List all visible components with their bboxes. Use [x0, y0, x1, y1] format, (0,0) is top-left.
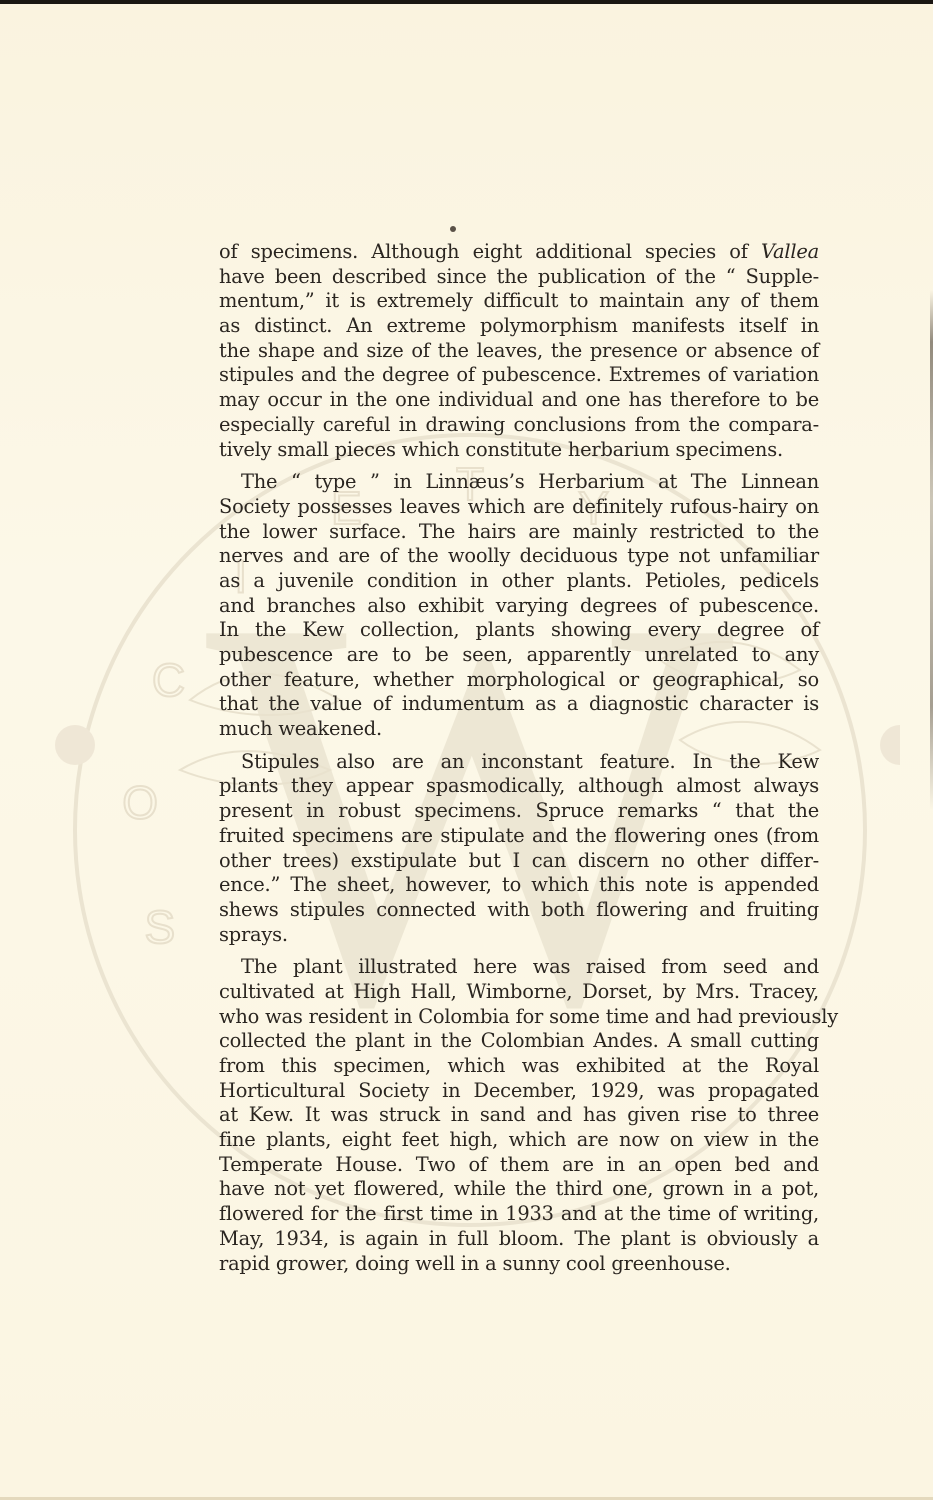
italic-text: Vallea: [761, 240, 819, 263]
text-run: In the Kew collection, plants showing ev…: [219, 618, 819, 641]
text-run: The “ type ” in Linnæus’s Herbarium at T…: [241, 470, 819, 493]
text-line: fine plants, eight feet high, which are …: [197, 1128, 819, 1153]
text-line: other trees) exstipulate but I can disce…: [197, 849, 819, 874]
text-run: sprays.: [219, 923, 288, 946]
text-run: have not yet flowered, while the third o…: [219, 1177, 819, 1200]
text-line: and branches also exhibit varying degree…: [197, 594, 819, 619]
paragraph: Stipules also are an inconstant feature.…: [197, 750, 819, 948]
text-line: much weakened.: [197, 717, 819, 742]
text-line: plants they appear spasmodically, althou…: [197, 774, 819, 799]
text-run: present in robust specimens. Spruce rema…: [219, 799, 819, 822]
text-line: other feature, whether morphological or …: [197, 668, 819, 693]
text-line: from this specimen, which was exhibited …: [197, 1054, 819, 1079]
text-line: as a juvenile condition in other plants.…: [197, 569, 819, 594]
text-run: tively small pieces which constitute her…: [219, 438, 783, 461]
text-run: and branches also exhibit varying degree…: [219, 594, 819, 617]
text-run: pubescence are to be seen, apparently un…: [219, 643, 819, 666]
text-line: that the value of indumentum as a diagno…: [197, 692, 819, 717]
text-run: The plant illustrated here was raised fr…: [241, 955, 819, 978]
text-line: cultivated at High Hall, Wimborne, Dorse…: [197, 980, 819, 1005]
text-run: Society possesses leaves which are defin…: [219, 495, 819, 518]
svg-text:O: O: [122, 777, 158, 829]
text-run: cultivated at High Hall, Wimborne, Dorse…: [219, 980, 819, 1003]
text-run: Stipules also are an inconstant feature.…: [241, 750, 819, 773]
text-line: of specimens. Although eight additional …: [197, 240, 819, 265]
text-run: other feature, whether morphological or …: [219, 668, 819, 691]
text-run: at Kew. It was struck in sand and has gi…: [219, 1103, 819, 1126]
text-line: Society possesses leaves which are defin…: [197, 495, 819, 520]
text-line: shews stipules connected with both flowe…: [197, 898, 819, 923]
text-line: sprays.: [197, 923, 819, 948]
text-run: as a juvenile condition in other plants.…: [219, 569, 819, 592]
text-run: ence.” The sheet, however, to which this…: [219, 873, 819, 896]
text-line: present in robust specimens. Spruce rema…: [197, 799, 819, 824]
text-line: tively small pieces which constitute her…: [197, 438, 819, 463]
text-line: stipules and the degree of pubescence. E…: [197, 363, 819, 388]
text-run: rapid grower, doing well in a sunny cool…: [219, 1252, 731, 1275]
text-line: pubescence are to be seen, apparently un…: [197, 643, 819, 668]
text-line: ence.” The sheet, however, to which this…: [197, 873, 819, 898]
text-line: the lower surface. The hairs are mainly …: [197, 520, 819, 545]
page-mark-dot: [450, 226, 456, 232]
text-run: fine plants, eight feet high, which are …: [219, 1128, 819, 1151]
text-line: nerves and are of the woolly deciduous t…: [197, 544, 819, 569]
text-line: rapid grower, doing well in a sunny cool…: [197, 1252, 819, 1277]
text-line: flowered for the first time in 1933 and …: [197, 1202, 819, 1227]
text-run: flowered for the first time in 1933 and …: [219, 1202, 819, 1225]
text-run: may occur in the one individual and one …: [219, 388, 819, 411]
text-line: fruited specimens are stipulate and the …: [197, 824, 819, 849]
text-line: especially careful in drawing conclusion…: [197, 413, 819, 438]
text-run: mentum,” it is extremely difficult to ma…: [219, 289, 819, 312]
text-run: who was resident in Colombia for some ti…: [219, 1005, 838, 1028]
text-run: especially careful in drawing conclusion…: [219, 413, 819, 436]
text-line: have not yet flowered, while the third o…: [197, 1177, 819, 1202]
text-line: may occur in the one individual and one …: [197, 388, 819, 413]
text-run: of specimens. Although eight additional …: [219, 240, 761, 263]
text-line: The plant illustrated here was raised fr…: [197, 955, 819, 980]
text-line: collected the plant in the Colombian And…: [197, 1029, 819, 1054]
text-run: Horticultural Society in December, 1929,…: [219, 1079, 819, 1102]
text-line: The “ type ” in Linnæus’s Herbarium at T…: [197, 470, 819, 495]
text-run: stipules and the degree of pubescence. E…: [219, 363, 819, 386]
text-run: collected the plant in the Colombian And…: [219, 1029, 819, 1052]
text-run: fruited specimens are stipulate and the …: [219, 824, 819, 847]
text-line: have been described since the publicatio…: [197, 265, 819, 290]
text-run: Temperate House. Two of them are in an o…: [219, 1153, 819, 1176]
text-run: much weakened.: [219, 717, 382, 740]
text-run: from this specimen, which was exhibited …: [219, 1054, 819, 1077]
text-line: mentum,” it is extremely difficult to ma…: [197, 289, 819, 314]
svg-text:S: S: [145, 901, 176, 953]
text-line: at Kew. It was struck in sand and has gi…: [197, 1103, 819, 1128]
text-line: Temperate House. Two of them are in an o…: [197, 1153, 819, 1178]
text-run: as distinct. An extreme polymorphism man…: [219, 314, 819, 337]
text-run: the lower surface. The hairs are mainly …: [219, 520, 819, 543]
text-line: as distinct. An extreme polymorphism man…: [197, 314, 819, 339]
text-run: have been described since the publicatio…: [219, 265, 819, 288]
paragraph: The plant illustrated here was raised fr…: [197, 955, 819, 1276]
text-run: that the value of indumentum as a diagno…: [219, 692, 819, 715]
body-text: of specimens. Although eight additional …: [197, 240, 819, 1284]
text-line: May, 1934, is again in full bloom. The p…: [197, 1227, 819, 1252]
paragraph: of specimens. Although eight additional …: [197, 240, 819, 462]
text-run: May, 1934, is again in full bloom. The p…: [219, 1227, 819, 1250]
text-line: who was resident in Colombia for some ti…: [197, 1005, 819, 1030]
text-line: Horticultural Society in December, 1929,…: [197, 1079, 819, 1104]
scan-top-edge: [0, 0, 933, 4]
text-line: In the Kew collection, plants showing ev…: [197, 618, 819, 643]
text-line: the shape and size of the leaves, the pr…: [197, 339, 819, 364]
text-run: nerves and are of the woolly deciduous t…: [219, 544, 819, 567]
paragraph: The “ type ” in Linnæus’s Herbarium at T…: [197, 470, 819, 742]
text-run: plants they appear spasmodically, althou…: [219, 774, 819, 797]
text-run: the shape and size of the leaves, the pr…: [219, 339, 819, 362]
document-page: W SOCIETY of specimens. Although eight a…: [0, 0, 933, 1500]
svg-text:C: C: [152, 654, 185, 706]
text-run: other trees) exstipulate but I can disce…: [219, 849, 819, 872]
text-line: Stipules also are an inconstant feature.…: [197, 750, 819, 775]
text-run: shews stipules connected with both flowe…: [219, 898, 819, 921]
